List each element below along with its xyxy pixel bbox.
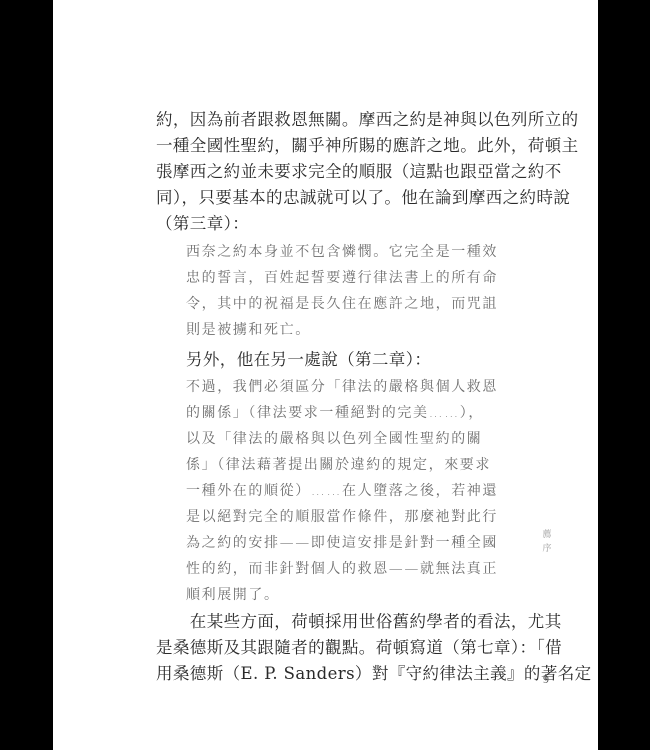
body-text-line: 用桑德斯（E. P. Sanders）對『守約律法主義』的著名定: [156, 660, 498, 684]
block-quote-line: 忠的誓言，百姓起誓要遵行律法書上的所有命: [186, 267, 470, 287]
block-quote-line: 性的約，而非針對個人的救恩——就無法真正: [186, 558, 470, 578]
body-text-line: 是桑德斯及其跟隨者的觀點。荷頓寫道（第七章）：「借: [156, 634, 498, 658]
block-quote-line: 係」（律法藉著提出關於違約的規定，來要求: [186, 454, 470, 474]
book-page: 約，因為前者跟救恩無關。摩西之約是神與以色列所立的 一種全國性聖約，關乎神所賜的…: [53, 0, 598, 750]
body-text-line: 張摩西之約並未要求完全的順服（這點也跟亞當之約不: [156, 158, 498, 182]
block-quote-line: 為之約的安排——即使這安排是針對一種全國: [186, 532, 470, 552]
body-text-line: （第三章）：: [156, 210, 249, 234]
block-quote-line: 令，其中的祝福是長久住在應許之地，而咒詛: [186, 293, 470, 313]
page-number: 9: [543, 672, 549, 687]
block-quote-line: 一種外在的順從）……在人墮落之後，若神還: [186, 480, 470, 500]
block-quote-line: 是以絕對完全的順服當作條件，那麼祂對此行: [186, 506, 470, 526]
block-quote-line: 順利展開了。: [186, 584, 280, 604]
block-quote-line: 不過，我們必須區分「律法的嚴格與個人救恩: [186, 376, 470, 396]
block-quote-line: 的關係」（律法要求一種絕對的完美……），: [186, 402, 470, 422]
body-text-line: 約，因為前者跟救恩無關。摩西之約是神與以色列所立的: [156, 106, 498, 130]
block-quote-line: 則是被擄和死亡。: [186, 319, 311, 339]
body-text-line: 同），只要基本的忠誠就可以了。他在論到摩西之約時說: [156, 184, 498, 208]
block-quote-line: 以及「律法的嚴格與以色列全國性聖約的關: [186, 428, 470, 448]
block-quote-line: 西奈之約本身並不包含憐憫。它完全是一種效: [186, 241, 470, 261]
body-text-line: 在某些方面，荷頓採用世俗舊約學者的看法，尤其: [156, 608, 498, 632]
body-text-line: 另外，他在另一處說（第二章）：: [186, 346, 431, 370]
body-text-line: 一種全國性聖約，關乎神所賜的應許之地。此外，荷頓主: [156, 132, 498, 156]
section-label: 薦序: [540, 528, 554, 556]
